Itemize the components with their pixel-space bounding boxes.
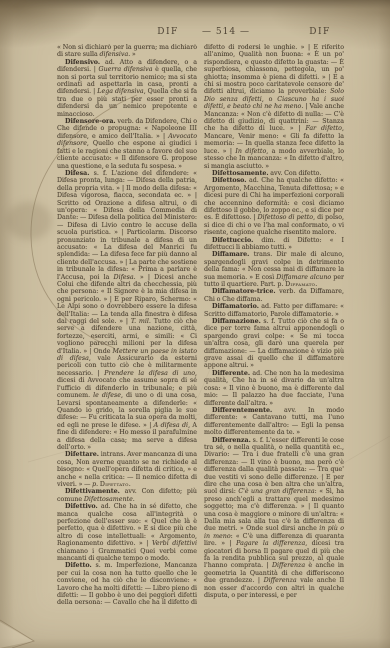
dictionary-entry: Diffamatorio. ad. Fatto per diffamare: «… xyxy=(204,303,344,318)
scanned-dictionary-page: { "colors": { "paper": "#cdc0a2", "ink":… xyxy=(0,0,390,648)
dictionary-entry: Difettuccio. dim. di Difetto: « I difett… xyxy=(204,237,344,252)
column-right: difetto di rodersi le unghie. » | E rife… xyxy=(204,44,344,604)
dictionary-entry: Differenza. s. f. L'esser differenti le … xyxy=(204,437,344,600)
running-header: DIF — 514 — DIF xyxy=(0,27,390,41)
header-guide-word-right: DIF xyxy=(292,27,348,37)
dictionary-entry: Difettivo. ad. Che ha in sé difetto, che… xyxy=(57,503,197,562)
dictionary-entry: Diffamazione. s. f. Tutto ciò che si fa … xyxy=(204,318,344,370)
dictionary-entry: Difensivo. ad. Atto a difendere, o a dif… xyxy=(57,59,197,118)
dictionary-entry: Diffamatore-trice. verb. da Diffamare, C… xyxy=(204,288,344,303)
dictionary-entry: Difesa. s. f. L'azione del difendere: « … xyxy=(57,170,197,451)
dictionary-entry: difetto di rodersi le unghie. » | E rife… xyxy=(204,44,344,170)
dictionary-entry: Difettivamente. avv. Con difetto; più co… xyxy=(57,488,197,503)
dictionary-entry: Diffamare. trans. Dir male di alcuno, sp… xyxy=(204,251,344,288)
dictionary-entry: Differente. ad. Che non ha la medesima q… xyxy=(204,370,344,407)
dictionary-entry: Difetto. s. m. Imperfezione, Mancanza pe… xyxy=(57,562,197,604)
dictionary-entry: Difettare. intrans. Aver mancanza di una… xyxy=(57,451,197,488)
dictionary-entry: « Non si dichiarò per la guerra; ma dich… xyxy=(57,44,197,59)
column-left: « Non si dichiarò per la guerra; ma dich… xyxy=(57,44,197,604)
dictionary-entry: Difensore-ora. verb. da Difendere, Chi o… xyxy=(57,118,197,170)
ink-smudge xyxy=(6,202,52,240)
dictionary-entry: Difettosamente. avv. Con difetto. xyxy=(204,170,344,177)
dictionary-entry: Difettoso. ad. Che ha qualche difetto: «… xyxy=(204,177,344,236)
text-block: « Non si dichiarò per la guerra; ma dich… xyxy=(57,44,344,604)
dictionary-entry: Differentemente. avv. In modo differente… xyxy=(204,407,344,437)
page-number: — 514 — xyxy=(186,27,266,37)
